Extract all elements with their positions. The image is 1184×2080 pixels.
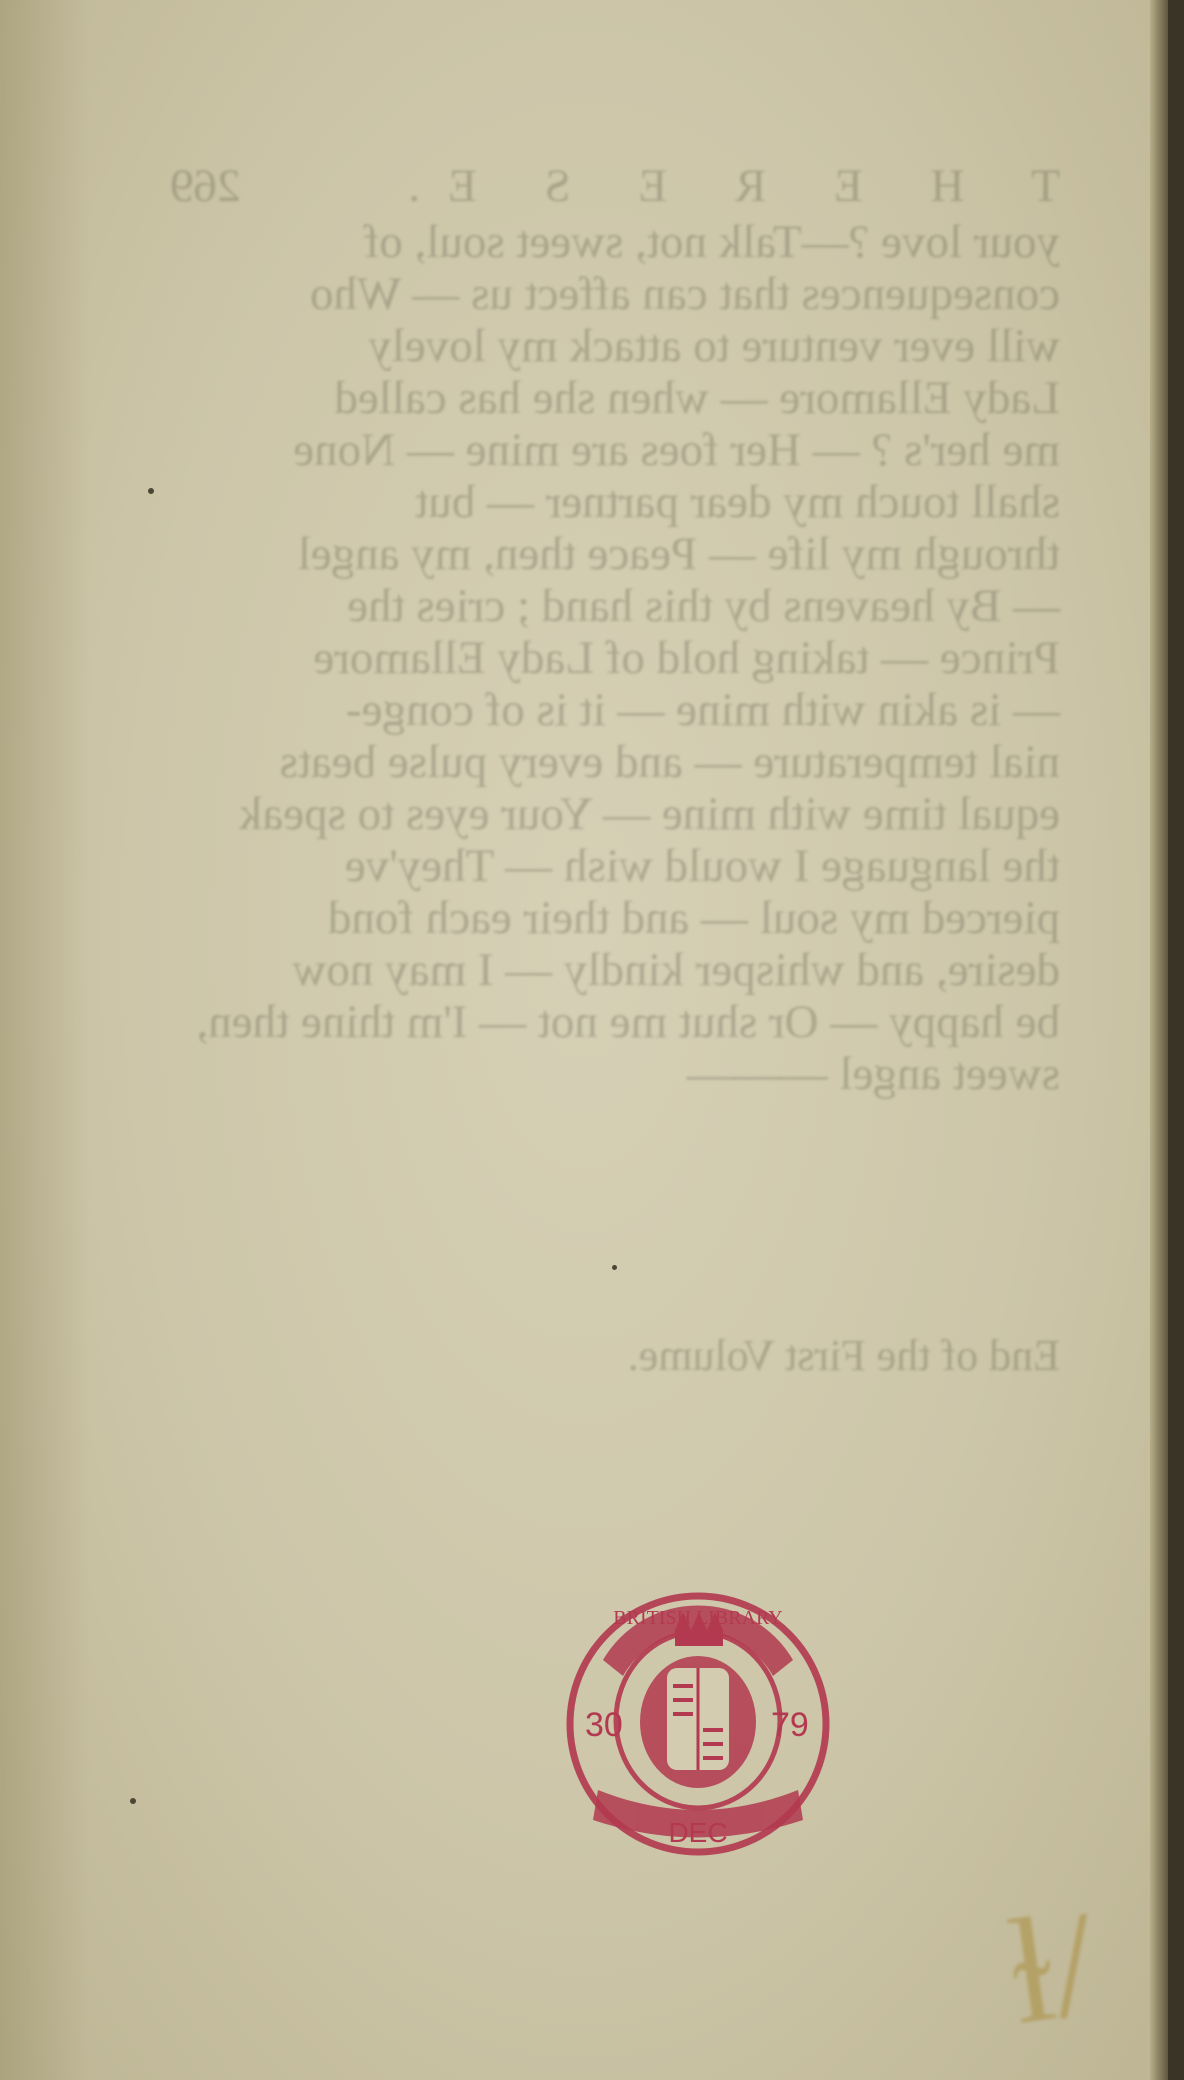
text-line: Lady Ellamore — when she has called — [170, 372, 1060, 424]
text-line: sweet angel ——— — [170, 1048, 1060, 1100]
text-line: through my life — Peace then, my angel — [170, 528, 1060, 580]
svg-text:30: 30 — [585, 1706, 623, 1744]
end-of-volume: End of the First Volume. — [170, 1330, 1060, 1382]
text-line: your love ?—Talk not, sweet soul, of — [170, 216, 1060, 268]
text-line: nial temperature — and every pulse beats — [170, 736, 1060, 788]
book-page: T H E R E S E. 269 your love ?—Talk not,… — [0, 0, 1168, 2080]
text-line: — By heavens by this hand ; cries the — [170, 580, 1060, 632]
ink-speck — [612, 1265, 617, 1270]
page-edge-right — [1150, 0, 1168, 2080]
text-line: shall touch my dear partner — but — [170, 476, 1060, 528]
ink-speck — [148, 488, 154, 494]
pencil-mark: ɫ/ — [999, 1873, 1130, 2047]
crest-icon: BRITISH LIBRARY 30 79 DEC — [563, 1590, 833, 1858]
svg-text:BRITISH LIBRARY: BRITISH LIBRARY — [613, 1607, 782, 1629]
ink-speck — [130, 1798, 136, 1804]
british-library-stamp: BRITISH LIBRARY 30 79 DEC — [563, 1590, 833, 1858]
text-line: be happy — Or shut me not — I'm thine th… — [170, 996, 1060, 1048]
text-line: consequences that can affect us — Who — [170, 268, 1060, 320]
show-through-text: T H E R E S E. 269 your love ?—Talk not,… — [170, 160, 1060, 1382]
text-line: — is akin with mine — it is of conge- — [170, 684, 1060, 736]
text-line: desire, and whisper kindly — I may now — [170, 944, 1060, 996]
text-line: will ever venture to attack my lovely — [170, 320, 1060, 372]
svg-text:DEC: DEC — [668, 1817, 727, 1848]
text-line: me her's ? — Her foes are mine — None — [170, 424, 1060, 476]
header-title: T H E R E S E. — [380, 160, 1060, 212]
running-header: T H E R E S E. 269 — [170, 160, 1060, 212]
text-line: equal time with mine — Your eyes to spea… — [170, 788, 1060, 840]
text-line: pierced my soul — and their each fond — [170, 892, 1060, 944]
text-line: the language I would wish — They've — [170, 840, 1060, 892]
svg-text:79: 79 — [771, 1706, 809, 1744]
text-line: Prince — taking hold of Lady Ellamore — [170, 632, 1060, 684]
page-shadow-left — [0, 0, 90, 2080]
page-number: 269 — [170, 160, 241, 212]
